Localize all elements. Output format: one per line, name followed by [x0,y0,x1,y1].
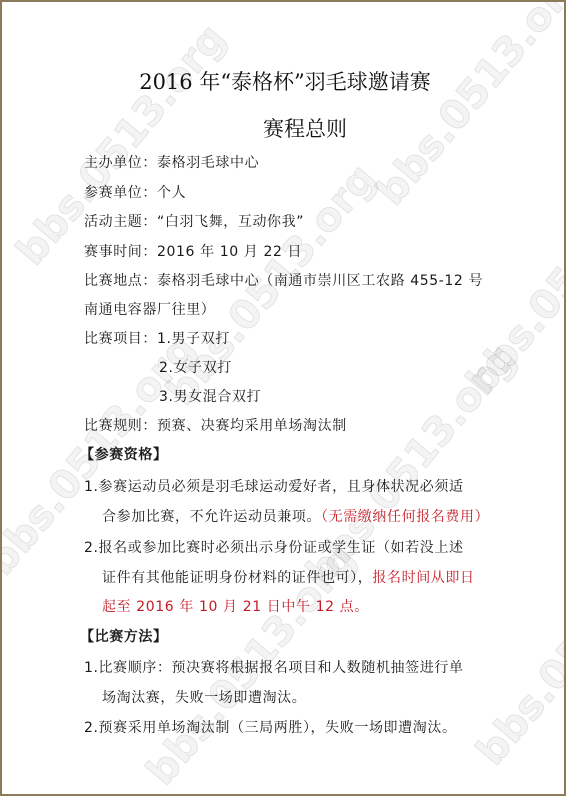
info-date: 赛事时间：2016 年 10 月 22 日 [84,241,302,261]
info-theme: 活动主题：“白羽飞舞，互动你我” [84,211,304,231]
method-item1-line2: 场淘汰赛，失败一场即遭淘汰。 [102,687,306,707]
info-event-2: 2.女子双打 [159,357,232,377]
watermark: bbs.0513.org [8,16,235,274]
info-rules: 比赛规则：预赛、决赛均采用单场淘汰制 [84,415,347,435]
document-subtitle: 赛程总则 [22,113,566,143]
document-page: bbs.0513.org bbs.0513.org bbs.0513.org b… [0,0,566,796]
info-organizer: 主办单位：泰格羽毛球中心 [84,152,259,172]
eligibility-item2-line1: 2.报名或参加比赛时必须出示身份证或学生证（如若没上述 [84,537,464,557]
eligibility-item1-text: 合参加比赛，不允许运动员兼项。 [102,509,321,525]
document-title: 2016 年“泰格杯”羽毛球邀请赛 [2,66,566,96]
registration-period: 报名时间从即日 [372,570,474,586]
info-venue-line1: 比赛地点：泰格羽毛球中心（南通市崇川区工农路 455-12 号 [84,270,483,290]
eligibility-item1-line1: 1.参赛运动员必须是羽毛球运动爱好者，且身体状况必须适 [84,476,464,496]
eligibility-item1-line2: 合参加比赛，不允许运动员兼项。（无需缴纳任何报名费用） [102,506,489,526]
eligibility-heading: 【参赛资格】 [80,444,168,464]
info-event-3: 3.男女混合双打 [159,386,261,406]
info-events: 比赛项目：1.男子双打 [84,328,230,348]
eligibility-item2-line2: 证件有其他能证明身份材料的证件也可），报名时间从即日 [102,567,475,587]
eligibility-item2-text: 证件有其他能证明身份材料的证件也可）， [102,570,372,586]
info-participants: 参赛单位：个人 [84,182,186,202]
method-heading: 【比赛方法】 [80,626,168,646]
method-item2-line1: 2.预赛采用单场淘汰制（三局两胜），失败一场即遭淘汰。 [84,717,457,737]
watermark: bbs.0513.org [368,0,566,214]
info-venue-line2: 南通电容器厂往里） [84,299,215,319]
registration-deadline: 起至 2016 年 10 月 21 日中午 12 点。 [102,596,369,616]
method-item1-line1: 1.比赛顺序：预决赛将根据报名项目和人数随机抽签进行单 [84,657,464,677]
no-fee-notice: （无需缴纳任何报名费用） [321,509,489,525]
watermark: bbs.0513.org [468,516,566,774]
